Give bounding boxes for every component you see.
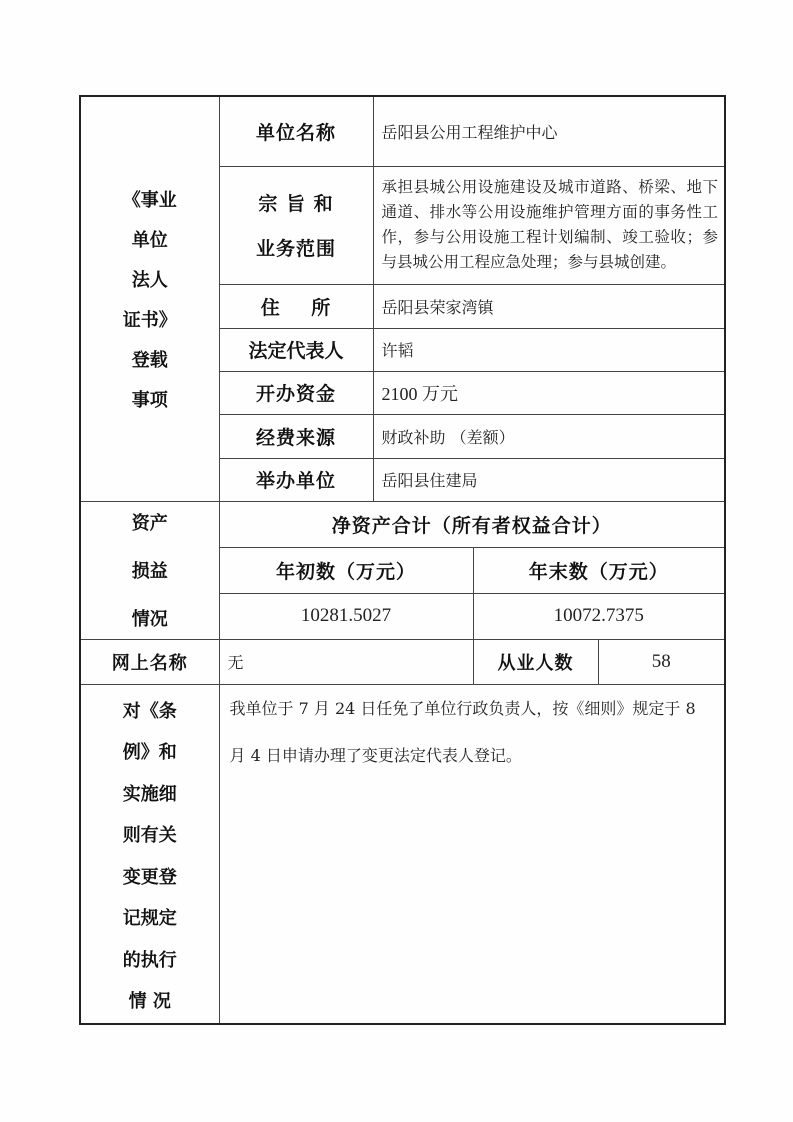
heading-line: 记规定 bbox=[81, 898, 219, 940]
label-funding: 经费来源 bbox=[219, 414, 373, 458]
row-compliance: 对《条 例》和 实施细 则有关 变更登 记规定 的执行 情 况 我单位于 7 月… bbox=[80, 684, 725, 1024]
heading-line: 的执行 bbox=[81, 940, 219, 982]
row-unit-name: 《事业 单位 法人 证书》 登载 事项 单位名称 岳阳县公用工程维护中心 bbox=[80, 96, 725, 166]
begin-year-header: 年初数（万元） bbox=[219, 547, 473, 593]
value-sponsor: 岳阳县住建局 bbox=[373, 458, 725, 501]
heading-line: 法人 bbox=[81, 266, 219, 292]
heading-line: 证书》 bbox=[81, 306, 219, 332]
heading-line: 资产 bbox=[81, 509, 219, 535]
assets-heading: 资产 损益 情况 bbox=[80, 501, 219, 639]
row-assets-title: 资产 损益 情况 净资产合计（所有者权益合计） bbox=[80, 501, 725, 547]
heading-line: 单位 bbox=[81, 226, 219, 252]
value-online-name: 无 bbox=[219, 639, 473, 684]
label-staff-count: 从业人数 bbox=[473, 639, 598, 684]
value-capital: 2100 万元 bbox=[373, 371, 725, 414]
label-address: 住 所 bbox=[219, 284, 373, 328]
label-capital: 开办资金 bbox=[219, 371, 373, 414]
value-address: 岳阳县荣家湾镇 bbox=[373, 284, 725, 328]
heading-line: 则有关 bbox=[81, 815, 219, 857]
document-page: 《事业 单位 法人 证书》 登载 事项 单位名称 岳阳县公用工程维护中心 宗 旨… bbox=[0, 0, 793, 1122]
value-legal-rep: 许韬 bbox=[373, 328, 725, 371]
end-year-header: 年末数（万元） bbox=[473, 547, 725, 593]
label-legal-rep: 法定代表人 bbox=[219, 328, 373, 371]
label-sponsor: 举办单位 bbox=[219, 458, 373, 501]
registration-heading: 《事业 单位 法人 证书》 登载 事项 bbox=[80, 96, 219, 501]
label-online-name: 网上名称 bbox=[80, 639, 219, 684]
label-purpose: 宗 旨 和 业务范围 bbox=[219, 166, 373, 284]
row-online-name: 网上名称 无 从业人数 58 bbox=[80, 639, 725, 684]
value-staff-count: 58 bbox=[598, 639, 725, 684]
heading-line: 对《条 bbox=[81, 691, 219, 733]
heading-line: 情 况 bbox=[81, 981, 219, 1023]
begin-year-value: 10281.5027 bbox=[219, 593, 473, 639]
heading-line: 登载 bbox=[81, 346, 219, 372]
end-year-value: 10072.7375 bbox=[473, 593, 725, 639]
value-unit-name: 岳阳县公用工程维护中心 bbox=[373, 96, 725, 166]
label-line: 宗 旨 和 bbox=[220, 189, 373, 216]
value-purpose: 承担县城公用设施建设及城市道路、桥梁、地下通道、排水等公用设施维护管理方面的事务… bbox=[373, 166, 725, 284]
net-assets-title: 净资产合计（所有者权益合计） bbox=[219, 501, 725, 547]
heading-line: 事项 bbox=[81, 386, 219, 412]
heading-line: 例》和 bbox=[81, 732, 219, 774]
heading-line: 情况 bbox=[81, 605, 219, 631]
heading-line: 实施细 bbox=[81, 774, 219, 816]
label-line: 业务范围 bbox=[220, 234, 373, 261]
heading-line: 损益 bbox=[81, 557, 219, 583]
heading-line: 变更登 bbox=[81, 857, 219, 899]
value-funding: 财政补助 （差额） bbox=[373, 414, 725, 458]
heading-line: 《事业 bbox=[81, 186, 219, 212]
compliance-text: 我单位于 7 月 24 日任免了单位行政负责人，按《细则》规定于 8 月 4 日… bbox=[219, 684, 725, 1024]
label-unit-name: 单位名称 bbox=[219, 96, 373, 166]
registration-form-table: 《事业 单位 法人 证书》 登载 事项 单位名称 岳阳县公用工程维护中心 宗 旨… bbox=[79, 95, 726, 1025]
compliance-heading: 对《条 例》和 实施细 则有关 变更登 记规定 的执行 情 况 bbox=[80, 684, 219, 1024]
